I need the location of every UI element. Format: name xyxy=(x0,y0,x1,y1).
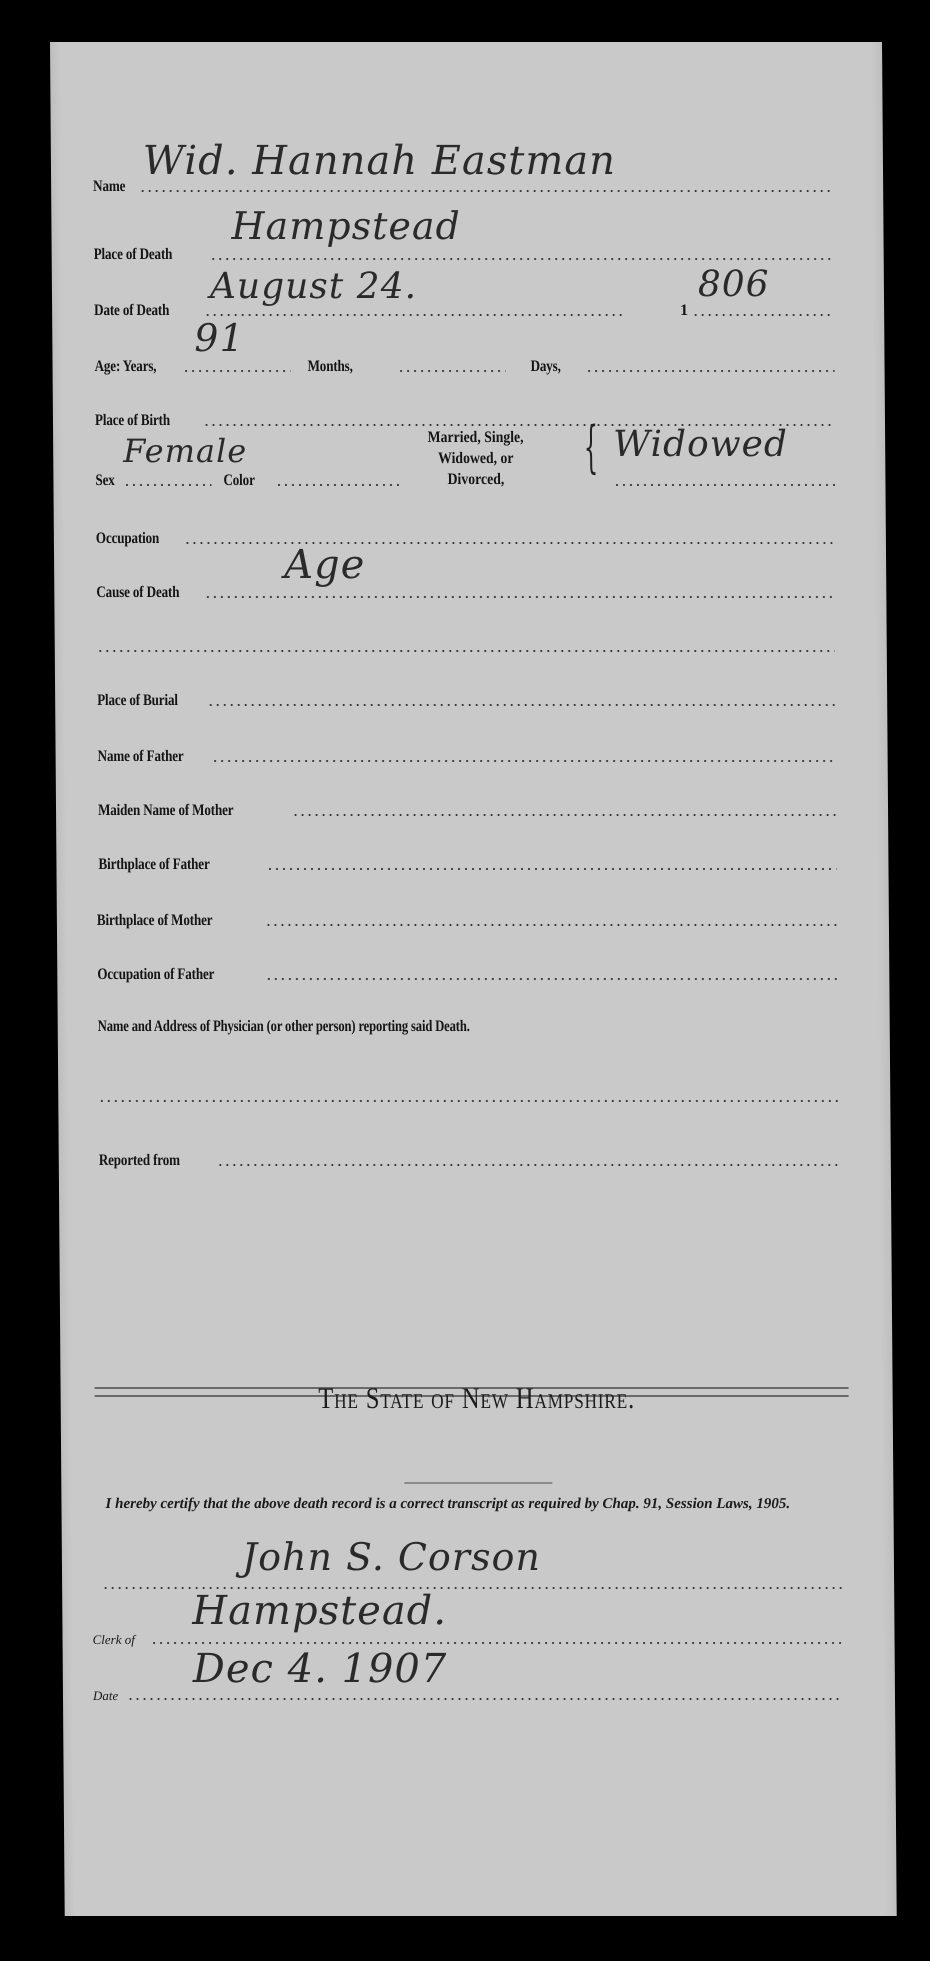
label-birthplace-of-mother: Birthplace of Mother xyxy=(97,912,213,930)
fill-line xyxy=(292,814,836,816)
label-clerk-of: Clerk of xyxy=(92,1632,134,1648)
certification-statement: I hereby certify that the above death re… xyxy=(95,1492,865,1516)
fill-line xyxy=(217,1164,839,1166)
fill-line xyxy=(613,484,835,486)
fill-line xyxy=(212,760,836,762)
fill-line xyxy=(204,314,624,316)
state-title: The State of New Hampshire. xyxy=(135,1382,818,1416)
fill-line xyxy=(123,484,211,486)
value-name: Wid. Hannah Eastman xyxy=(143,138,616,184)
fill-line xyxy=(127,1698,843,1700)
label-place-of-birth: Place of Birth xyxy=(95,412,170,430)
fill-line xyxy=(204,596,834,598)
field-name: Name Wid. Hannah Eastman xyxy=(51,160,883,200)
fill-line xyxy=(184,542,834,544)
label-sex: Sex xyxy=(95,472,114,490)
field-physician-line xyxy=(58,1070,890,1110)
value-year: 806 xyxy=(698,264,770,305)
value-date-of-death: August 24. xyxy=(210,266,417,307)
label-year-prefix: 1 xyxy=(680,302,688,320)
field-maiden-name-of-mother: Maiden Name of Mother xyxy=(56,784,888,824)
label-occupation: Occupation xyxy=(96,530,159,548)
fill-line xyxy=(265,924,837,926)
fill-line xyxy=(692,314,834,316)
field-physician: Name and Address of Physician (or other … xyxy=(58,1000,890,1040)
field-age: Age: Years, 91 Months, Days, xyxy=(52,340,884,380)
field-birthplace-of-mother: Birthplace of Mother xyxy=(57,894,889,934)
field-date-of-death: Date of Death August 24. 1 806 xyxy=(52,284,884,324)
label-birthplace-of-father: Birthplace of Father xyxy=(98,856,209,874)
field-clerk-of: Clerk of Hampstead. xyxy=(62,1612,894,1652)
fill-line xyxy=(183,370,291,372)
field-occupation: Occupation xyxy=(54,512,886,552)
label-occupation-of-father: Occupation of Father xyxy=(97,966,214,984)
label-age-days: Days, xyxy=(530,358,560,376)
label-reported-from: Reported from xyxy=(99,1152,180,1170)
value-place-of-death: Hampstead xyxy=(231,204,461,248)
label-maiden-name-of-mother: Maiden Name of Mother xyxy=(98,802,234,820)
field-reported-from: Reported from xyxy=(59,1134,891,1174)
label-place-of-burial: Place of Burial xyxy=(97,692,178,710)
short-rule-divider xyxy=(404,1482,552,1484)
fill-line xyxy=(207,704,835,706)
label-age-years: Age: Years, xyxy=(94,358,156,376)
value-date: Dec 4. 1907 xyxy=(193,1646,448,1692)
fill-line xyxy=(97,650,835,652)
label-marital-status: Married, Single, Widowed, or Divorced, xyxy=(422,427,530,490)
field-date: Date Dec 4. 1907 xyxy=(63,1668,895,1708)
label-date: Date xyxy=(93,1688,118,1704)
field-place-of-death: Place of Death Hampstead xyxy=(51,228,883,268)
value-age-years: 91 xyxy=(194,316,245,360)
marital-line-1: Married, Single, xyxy=(422,427,530,448)
field-signature: John S. Corson xyxy=(62,1557,894,1597)
fill-line xyxy=(275,484,403,486)
field-birthplace-of-father: Birthplace of Father xyxy=(56,838,888,878)
value-sex: Female xyxy=(123,432,247,470)
marital-line-3: Divorced, xyxy=(422,469,530,490)
marital-line-2: Widowed, or xyxy=(422,448,530,469)
value-marital-status: Widowed xyxy=(613,424,788,465)
fill-line xyxy=(265,978,837,980)
label-date-of-death: Date of Death xyxy=(94,302,169,320)
fill-line xyxy=(210,258,834,260)
field-name-of-father: Name of Father xyxy=(55,730,887,770)
brace-icon: { xyxy=(584,420,599,476)
label-place-of-death: Place of Death xyxy=(94,246,173,264)
label-cause-of-death: Cause of Death xyxy=(96,584,179,602)
label-name: Name xyxy=(93,178,125,196)
field-occupation-of-father: Occupation of Father xyxy=(57,948,889,988)
field-cause-continued xyxy=(55,620,887,660)
field-cause-of-death: Cause of Death Age xyxy=(54,566,886,606)
fill-line xyxy=(266,868,836,870)
label-age-months: Months, xyxy=(307,358,352,376)
death-record-form: Name Wid. Hannah Eastman Place of Death … xyxy=(50,42,897,1916)
fill-line xyxy=(151,1642,843,1644)
value-signature: John S. Corson xyxy=(242,1535,541,1579)
fill-line xyxy=(398,370,506,372)
label-physician: Name and Address of Physician (or other … xyxy=(98,1018,470,1036)
label-name-of-father: Name of Father xyxy=(98,748,184,766)
fill-line xyxy=(586,370,835,372)
label-color: Color xyxy=(223,472,254,490)
value-clerk-of: Hampstead. xyxy=(192,1588,447,1634)
fill-line xyxy=(139,190,833,192)
value-cause-of-death: Age xyxy=(284,542,366,588)
fill-line xyxy=(98,1100,838,1102)
field-place-of-burial: Place of Burial xyxy=(55,674,887,714)
